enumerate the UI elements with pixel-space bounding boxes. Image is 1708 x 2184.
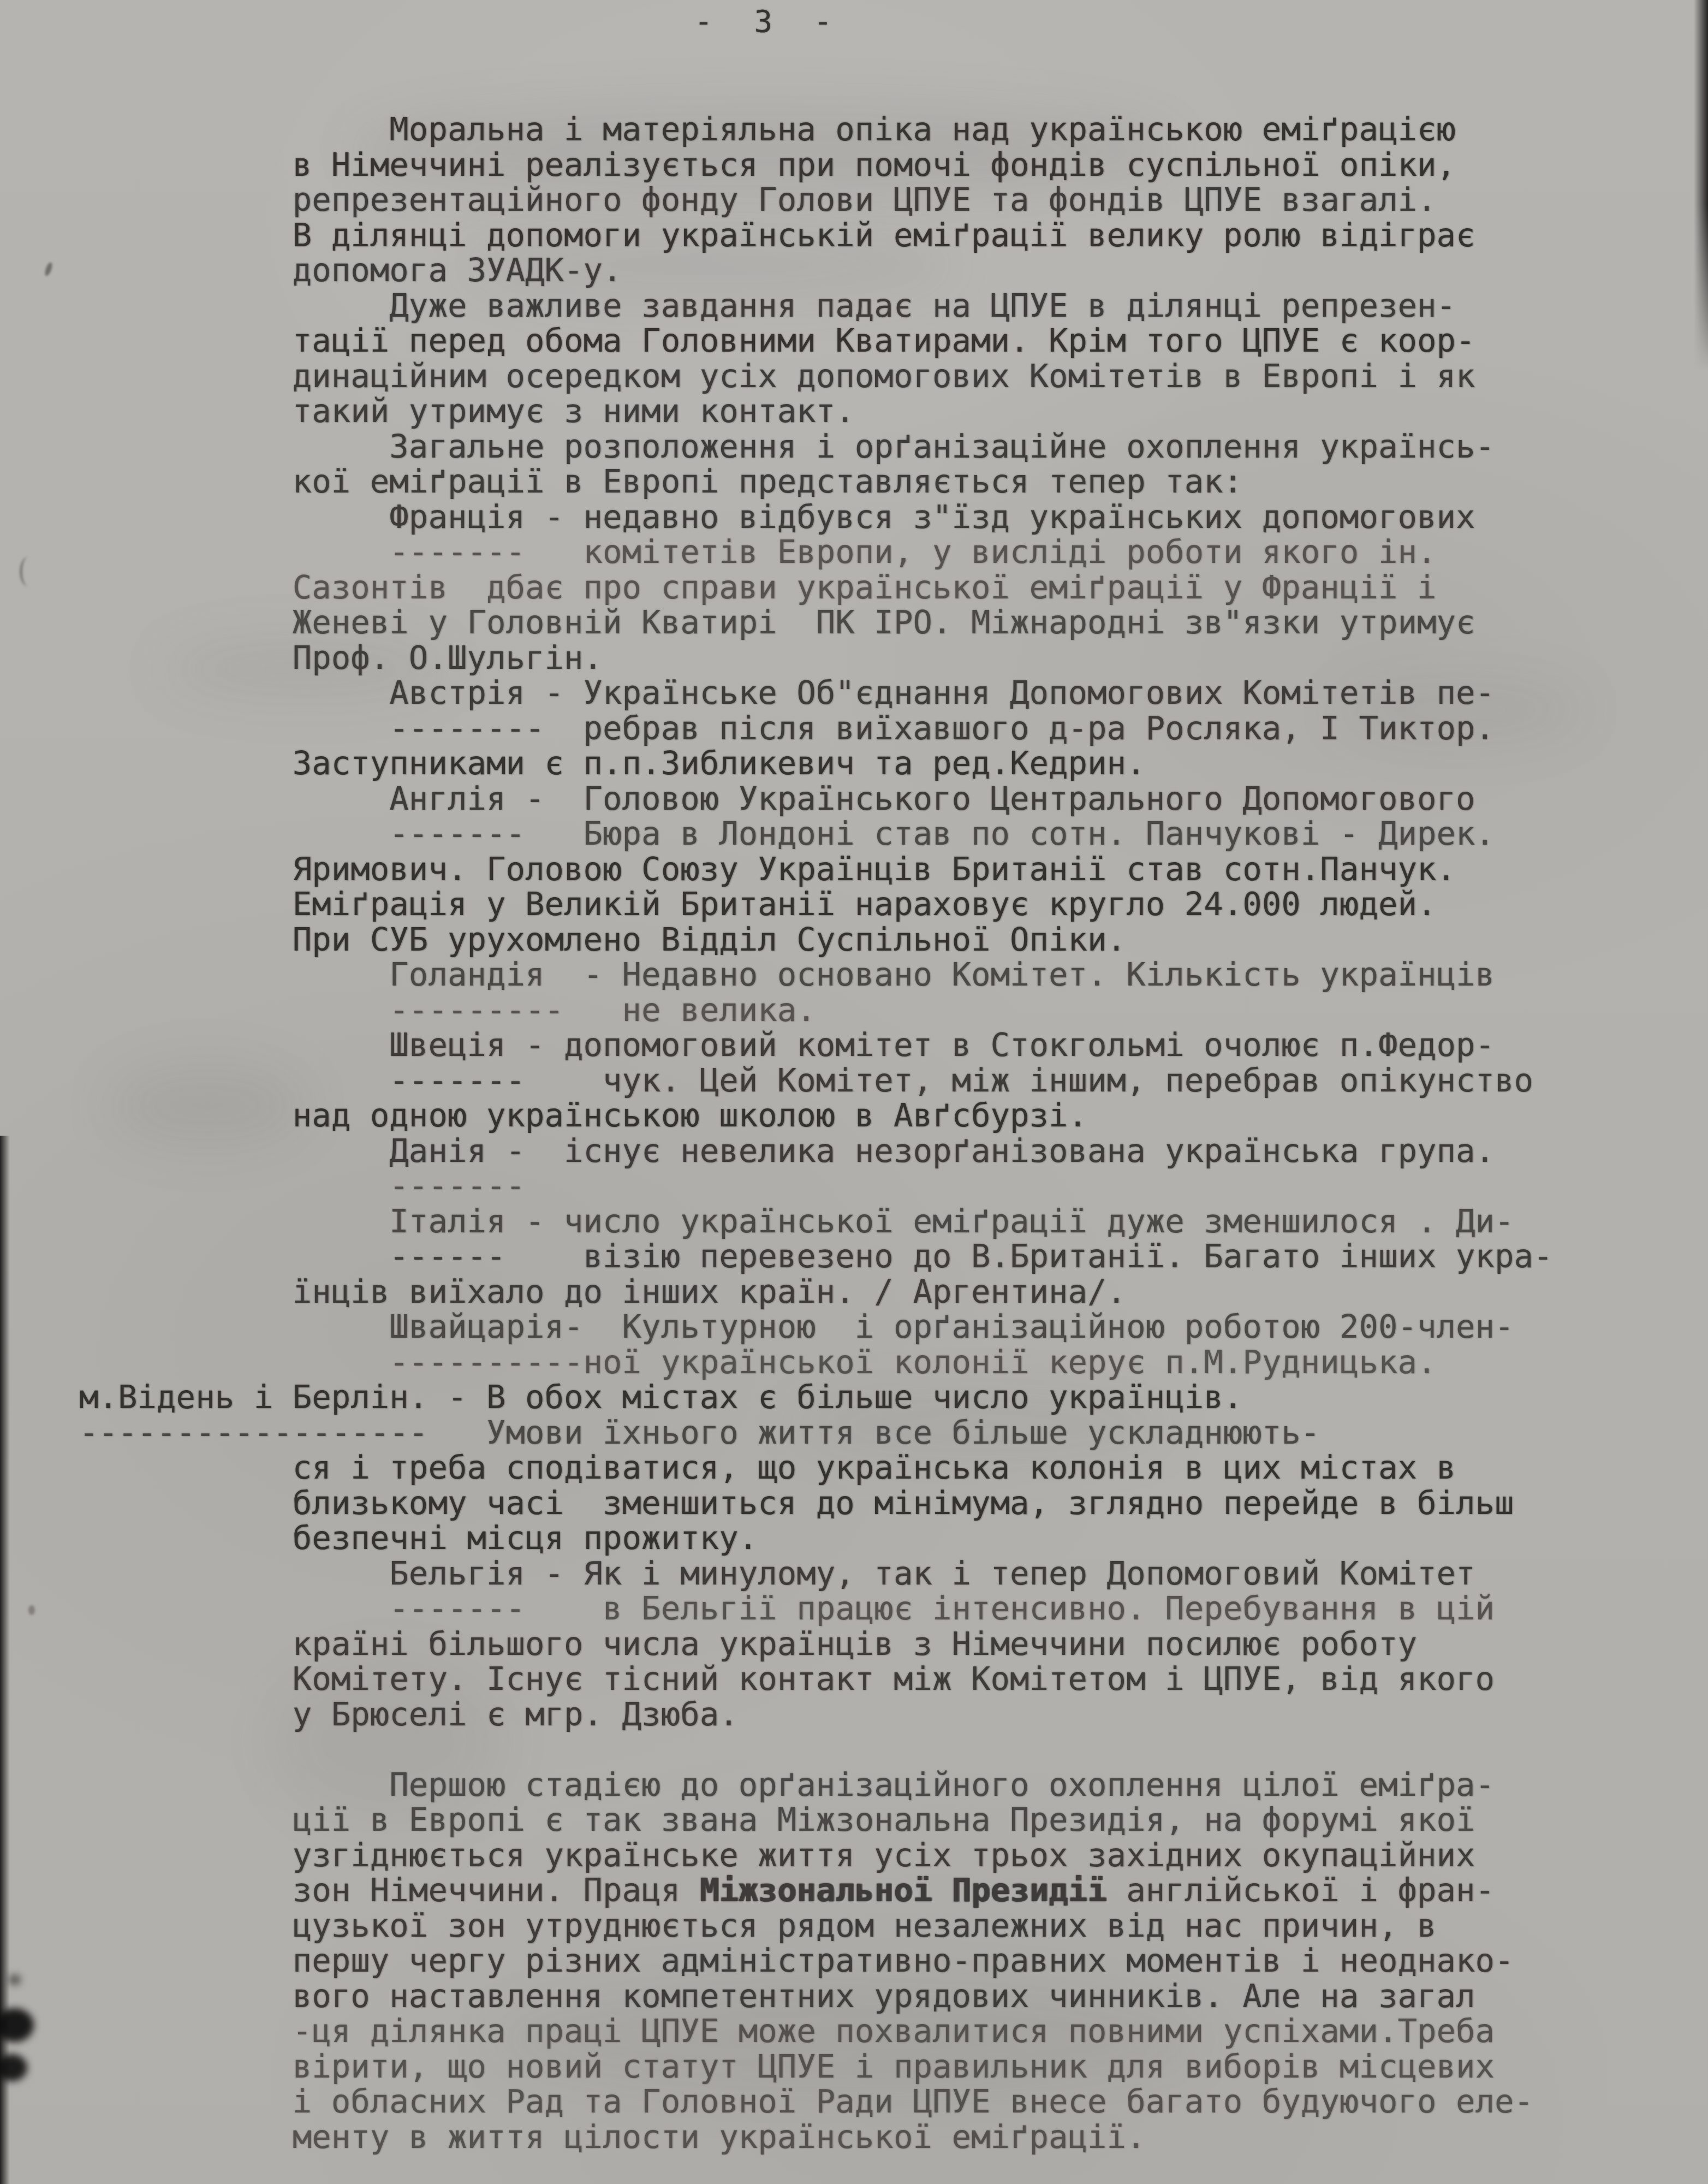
text-line: Проф. О.Шульгін. bbox=[79, 640, 1553, 676]
text-line: Еміґрація у Великій Британії нараховує к… bbox=[79, 887, 1553, 922]
text-line: і обласних Рад та Головної Ради ЦПУЕ вне… bbox=[79, 2084, 1553, 2120]
text-line: Англія - Головою Українського Центрально… bbox=[79, 781, 1553, 817]
document-page: - 3 - Моральна і матеріяльна опіка над у… bbox=[0, 0, 1708, 2184]
text-line: першу чергу різних адміністративно-правн… bbox=[79, 1943, 1553, 1979]
text-line: зон Німеччини. Праця Міжзональної Презид… bbox=[79, 1873, 1553, 1908]
page-number: - 3 - bbox=[694, 5, 835, 38]
text-line: менту в життя цілости української еміґра… bbox=[79, 2120, 1553, 2155]
text-line: Дуже важливе завдання падає на ЦПУЕ в ді… bbox=[79, 288, 1553, 324]
text-line: При СУБ урухомлено Відділ Суспільної Опі… bbox=[79, 922, 1553, 958]
text-line: --------- не велика. bbox=[79, 993, 1553, 1028]
text-line: ------- bbox=[79, 1168, 1553, 1204]
text-line: ------- комітетів Европи, у висліді робо… bbox=[79, 535, 1553, 570]
text-line: їнців виїхало до інших країн. / Аргентин… bbox=[79, 1274, 1553, 1310]
text-line: вого наставлення компетентних урядових ч… bbox=[79, 1979, 1553, 2014]
text-line: в Німеччині реалізується при помочі фонд… bbox=[79, 147, 1553, 183]
text-line: Бельгія - Як і минулому, так і тепер Доп… bbox=[79, 1556, 1553, 1592]
ink-blot bbox=[0, 2008, 34, 2042]
text-line: Моральна і матеріяльна опіка над українс… bbox=[79, 112, 1553, 147]
text-line: ------- чук. Цей Комітет, між іншим, пер… bbox=[79, 1063, 1553, 1099]
text-line: Австрія - Українське Об"єднання Допомого… bbox=[79, 675, 1553, 711]
text-line: Заступниками є п.п.Зибликевич та ред.Кед… bbox=[79, 746, 1553, 781]
text-line bbox=[79, 1732, 1553, 1767]
text-line: -------- ребрав після виїхавшого д-ра Ро… bbox=[79, 711, 1553, 746]
text-line: країні більшого числа українців з Німечч… bbox=[79, 1627, 1553, 1662]
text-line: м.Відень і Берлін. - В обох містах є біл… bbox=[79, 1380, 1553, 1415]
text-line: узгіднюється українське життя усіх трьох… bbox=[79, 1838, 1553, 1873]
ink-speck bbox=[28, 1605, 35, 1615]
text-line: над одною українською школою в Авґсбурзі… bbox=[79, 1098, 1553, 1133]
text-line: Франція - недавно відбувся з"їзд українс… bbox=[79, 500, 1553, 535]
text-line: цузької зон утруднюється рядом незалежни… bbox=[79, 1908, 1553, 1944]
ink-blot bbox=[9, 1974, 21, 1985]
text-line: -ця ділянка праці ЦПУЕ може похвалитися … bbox=[79, 2014, 1553, 2049]
text-line: ся і треба сподіватися, що українська ко… bbox=[79, 1450, 1553, 1486]
text-line: тації перед обома Головними Кватирами. К… bbox=[79, 323, 1553, 359]
text-line: безпечні місця прожитку. bbox=[79, 1521, 1553, 1556]
text-line: близькому часі зменшиться до мінімума, з… bbox=[79, 1486, 1553, 1521]
text-line: ------- Бюра в Лондоні став по сотн. Пан… bbox=[79, 816, 1553, 852]
text-line: Комітету. Існує тісний контакт між Коміт… bbox=[79, 1661, 1553, 1697]
text-line: репрезентаційного фонду Голови ЦПУЕ та ф… bbox=[79, 182, 1553, 218]
text-line: динаційним осередком усіх допомогових Ко… bbox=[79, 359, 1553, 394]
text-line: допомога ЗУАДК-у. bbox=[79, 253, 1553, 288]
text-line: у Брюселі є мгр. Дзюба. bbox=[79, 1697, 1553, 1732]
text-line: Італія - число української еміґрації дуж… bbox=[79, 1204, 1553, 1239]
text-line: Голандія - Недавно основано Комітет. Кіл… bbox=[79, 957, 1553, 993]
text-line: Першою стадією до орґанізаційного охопле… bbox=[79, 1767, 1553, 1803]
text-line: Яримович. Головою Союзу Українців Британ… bbox=[79, 852, 1553, 887]
text-line: ------------------ Умови їхнього життя в… bbox=[79, 1415, 1553, 1451]
text-line: Швайцарія- Культурною і орґанізаційною р… bbox=[79, 1309, 1553, 1345]
text-line: ----------ної української колонії керує … bbox=[79, 1345, 1553, 1380]
text-line: ------- в Бельгії працює інтенсивно. Пер… bbox=[79, 1591, 1553, 1627]
text-line: Данія - існує невелика незорґанізована у… bbox=[79, 1133, 1553, 1169]
text-line: кої еміґрації в Европі представляється т… bbox=[79, 464, 1553, 500]
text-line: Швеція - допомоговий комітет в Стокгольм… bbox=[79, 1028, 1553, 1063]
ink-speck bbox=[44, 262, 53, 277]
scan-edge-shadow-right bbox=[1694, 0, 1708, 371]
text-line: ------ візію перевезено до В.Британії. Б… bbox=[79, 1239, 1553, 1274]
text-line: ції в Европі є так звана Міжзональна Пре… bbox=[79, 1802, 1553, 1838]
text-line: Женеві у Головній Кватирі ПК ІРО. Міжнар… bbox=[79, 605, 1553, 640]
ink-blot bbox=[0, 2054, 27, 2081]
text-line: Сазонтів дбає про справи української емі… bbox=[79, 570, 1553, 606]
ink-speck bbox=[20, 557, 37, 586]
document-text: Моральна і матеріяльна опіка над українс… bbox=[79, 112, 1553, 2155]
text-line: такий утримує з ними контакт. bbox=[79, 394, 1553, 429]
text-line: Загальне розположення і орґанізаційне ох… bbox=[79, 429, 1553, 465]
text-line: В ділянці допомоги українській еміґрації… bbox=[79, 218, 1553, 253]
text-line: вірити, що новий статут ЦПУЕ і правильни… bbox=[79, 2049, 1553, 2085]
